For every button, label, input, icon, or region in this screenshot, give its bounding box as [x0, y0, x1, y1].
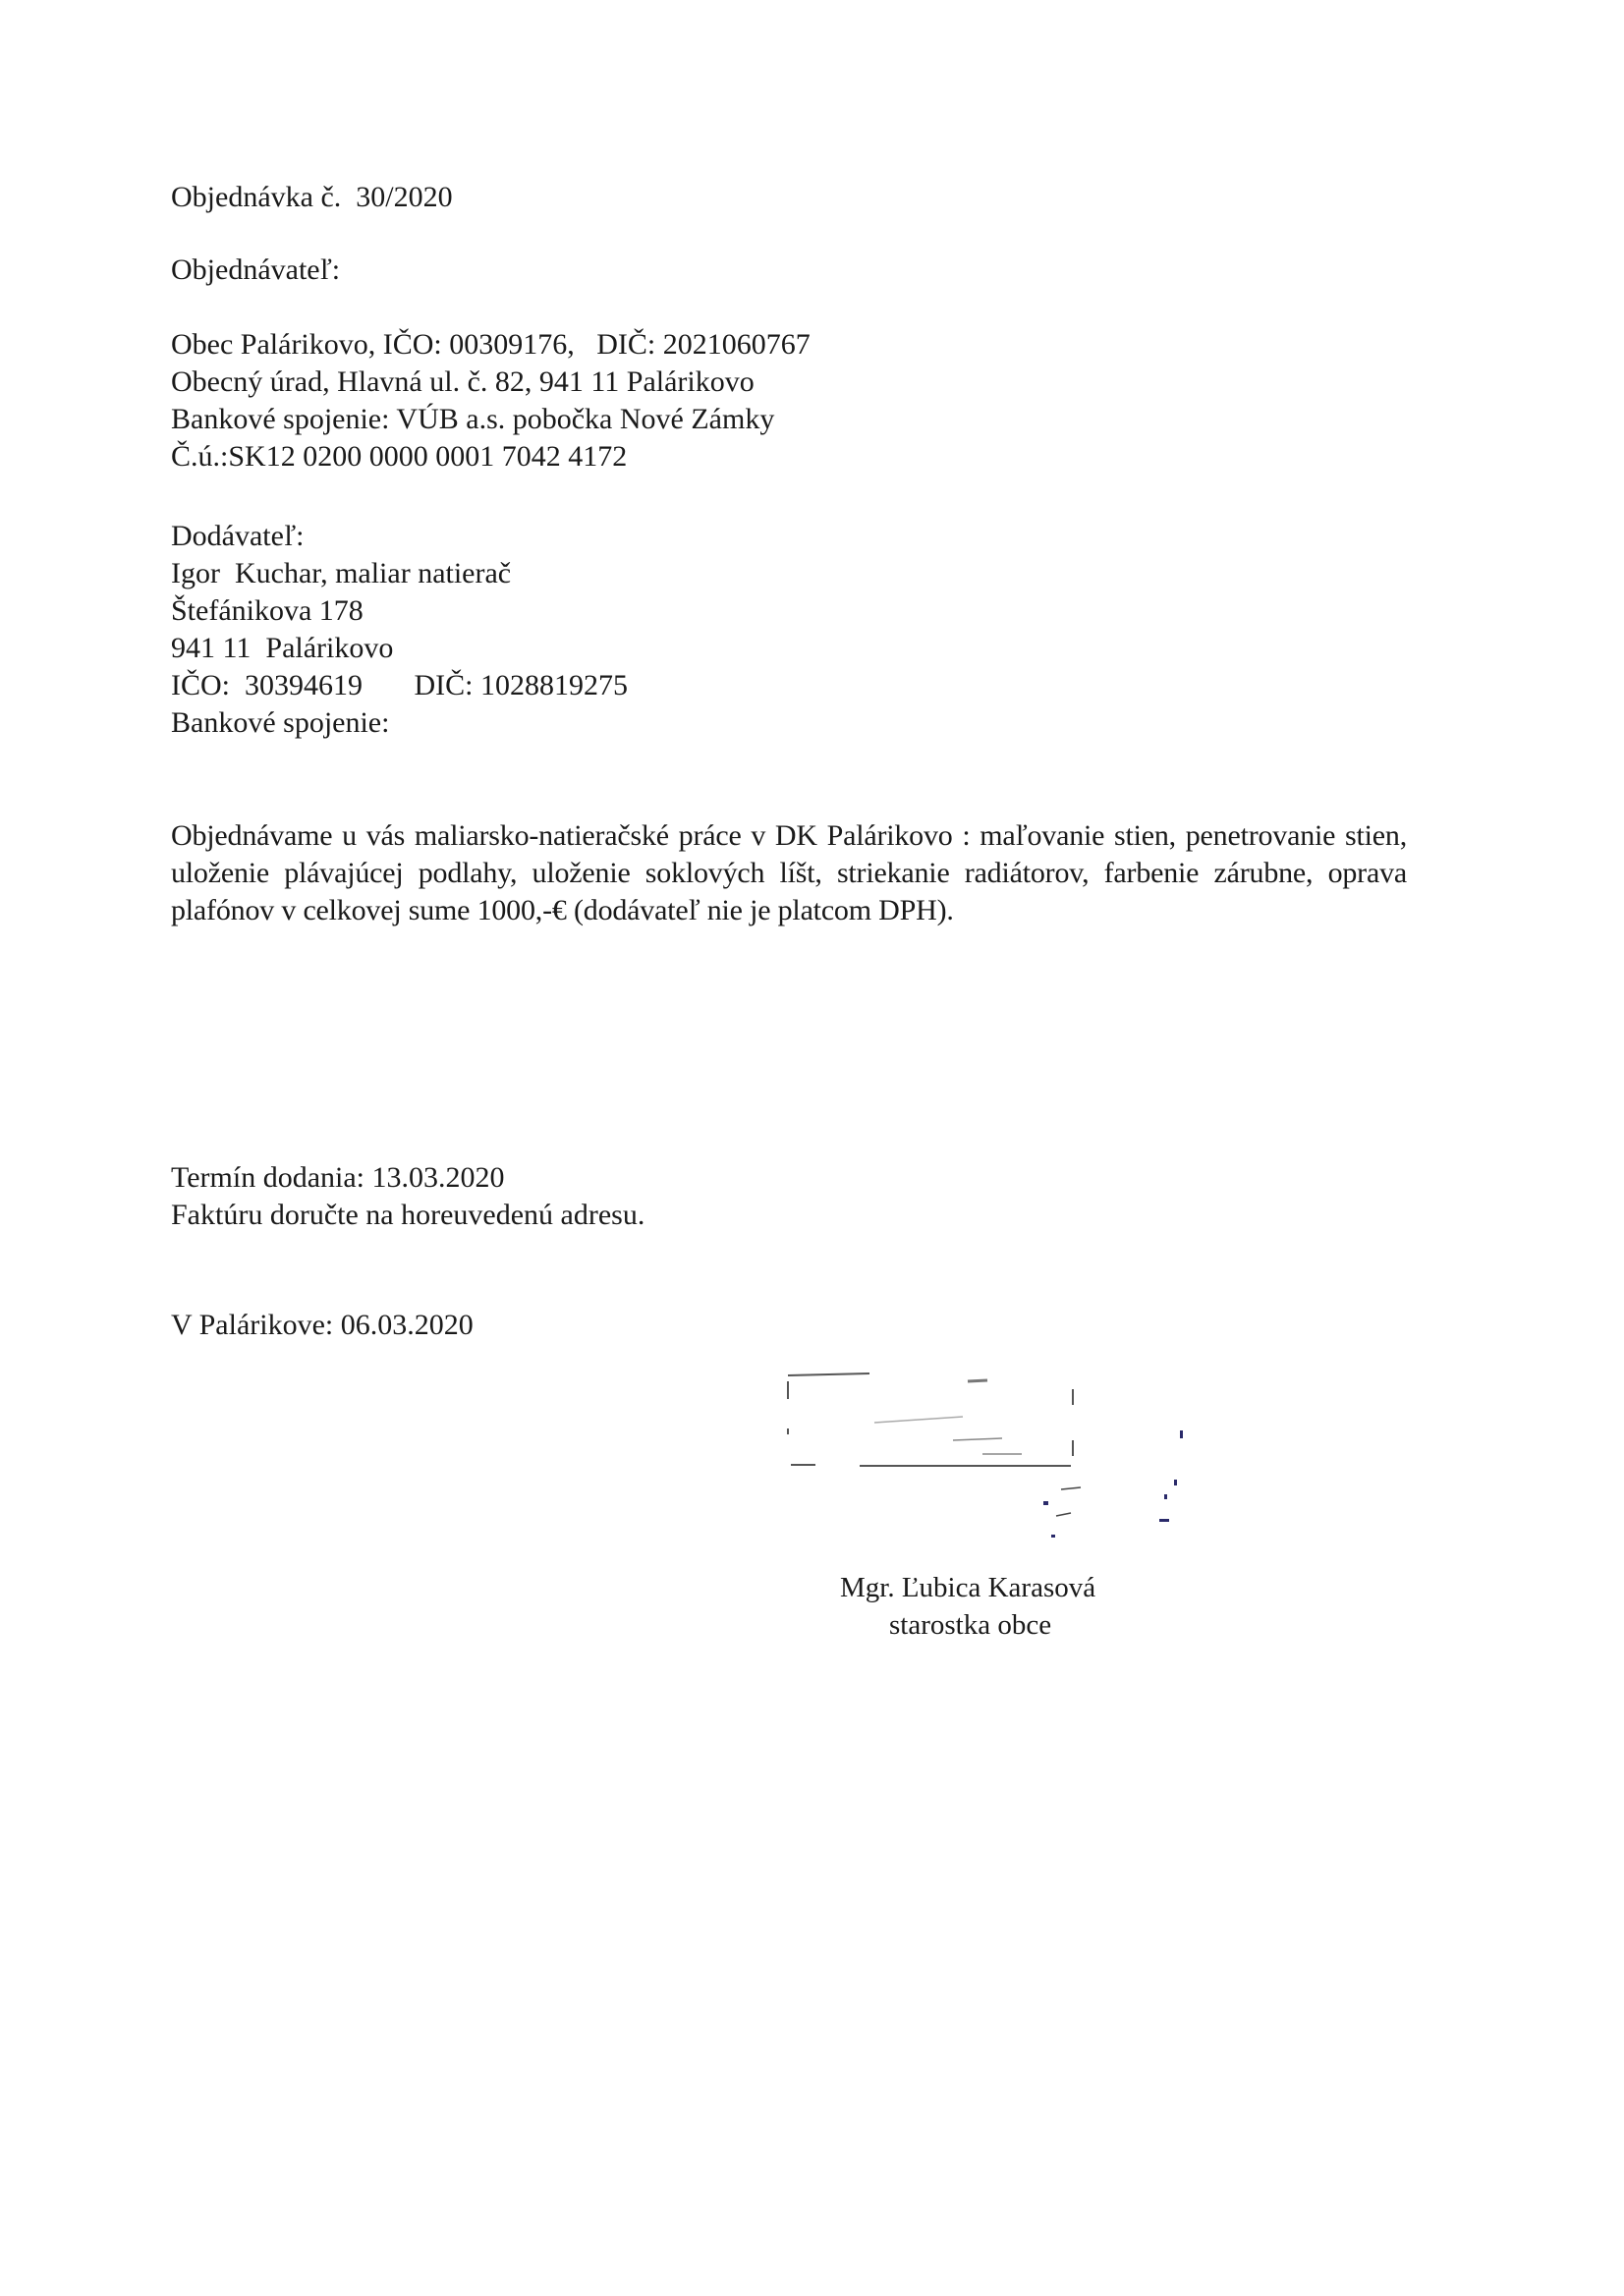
supplier-street: Štefánikova 178 — [171, 592, 628, 630]
supplier-label: Dodávateľ: — [171, 518, 628, 555]
stamp-and-signature — [786, 1372, 1081, 1489]
place-date: V Palárikove: 06.03.2020 — [171, 1307, 474, 1344]
orderer-label: Objednávateľ: — [171, 252, 340, 289]
orderer-account: Č.ú.:SK12 0200 0000 0001 7042 4172 — [171, 438, 811, 476]
signatory-name: Mgr. Ľubica Karasová — [840, 1569, 1095, 1606]
orderer-details: Obec Palárikovo, IČO: 00309176, DIČ: 202… — [171, 326, 811, 476]
orderer-name-ids: Obec Palárikovo, IČO: 00309176, DIČ: 202… — [171, 326, 811, 364]
signatory-title: starostka obce — [840, 1606, 1095, 1644]
invoice-note: Faktúru doručte na horeuvedenú adresu. — [171, 1197, 644, 1234]
supplier-city: 941 11 Palárikovo — [171, 630, 628, 667]
supplier-details: Dodávateľ: Igor Kuchar, maliar natierač … — [171, 518, 628, 742]
stamp-icon — [786, 1372, 1199, 1568]
orderer-heading: Objednávateľ: — [171, 252, 340, 289]
orderer-bank: Bankové spojenie: VÚB a.s. pobočka Nové … — [171, 401, 811, 438]
supplier-name: Igor Kuchar, maliar natierač — [171, 555, 628, 592]
delivery-info: Termín dodania: 13.03.2020 Faktúru doruč… — [171, 1159, 644, 1234]
delivery-term: Termín dodania: 13.03.2020 — [171, 1159, 644, 1197]
place-date-text: V Palárikove: 06.03.2020 — [171, 1307, 474, 1344]
signature-block: Mgr. Ľubica Karasová starostka obce — [840, 1569, 1095, 1644]
order-title: Objednávka č. 30/2020 — [171, 179, 453, 216]
orderer-address: Obecný úrad, Hlavná ul. č. 82, 941 11 Pa… — [171, 364, 811, 401]
order-description: Objednávame u vás maliarsko-natieračské … — [171, 817, 1407, 929]
supplier-ids: IČO: 30394619 DIČ: 1028819275 — [171, 667, 628, 704]
order-number: Objednávka č. 30/2020 — [171, 179, 453, 216]
supplier-bank: Bankové spojenie: — [171, 704, 628, 742]
